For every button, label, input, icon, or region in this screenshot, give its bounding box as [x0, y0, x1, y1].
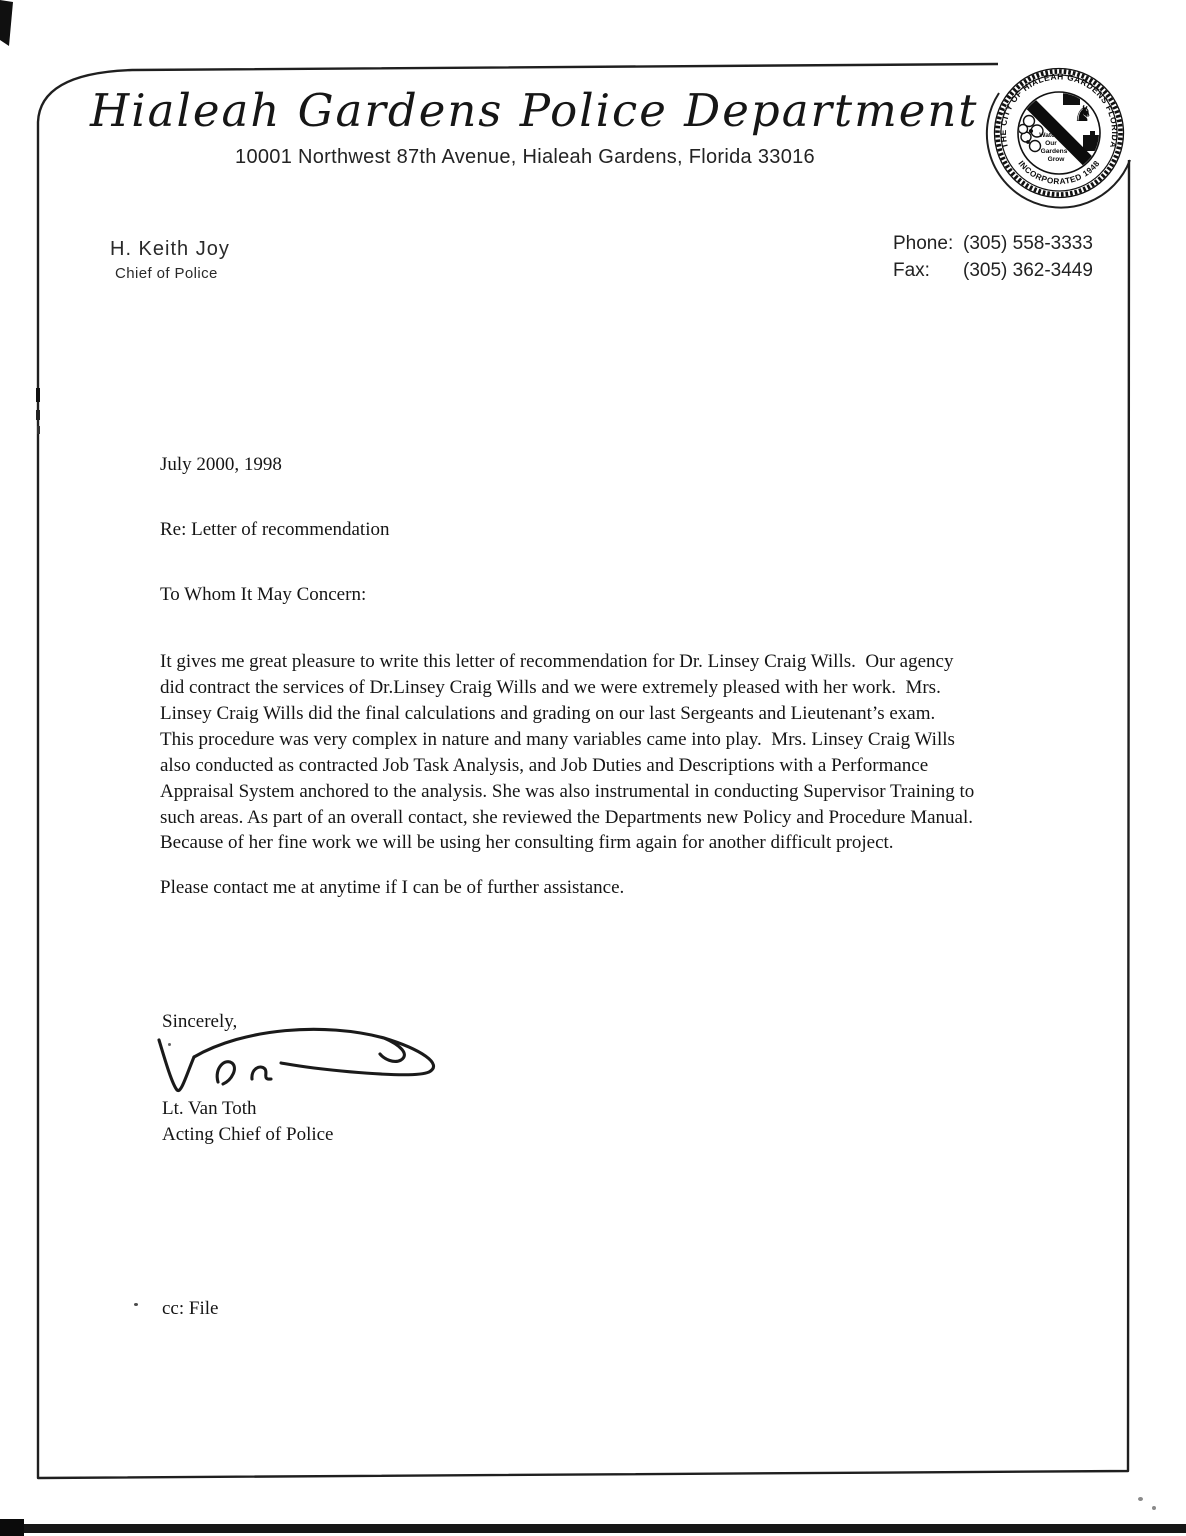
official-title: Chief of Police	[115, 265, 218, 282]
scan-speck-artifact	[1138, 1497, 1143, 1501]
cc-line: cc: File	[162, 1296, 218, 1322]
seal-motto-line: Our	[1045, 140, 1057, 147]
scanned-letter-page: Hialeah Gardens Police Department 10001 …	[0, 0, 1186, 1536]
scan-bottom-square-artifact	[0, 1519, 24, 1536]
department-name: Hialeah Gardens Police Department	[90, 84, 970, 137]
signer-name: Lt. Van Toth	[162, 1096, 257, 1122]
seal-motto-line: Grow	[1048, 156, 1066, 163]
letter-date: July 2000, 1998	[160, 452, 282, 478]
contact-block: Phone:(305) 558-3333 Fax:(305) 362-3449	[893, 230, 1093, 284]
signature-image	[148, 1026, 448, 1106]
phone-label: Phone:	[893, 230, 963, 257]
scan-speck-artifact	[1152, 1506, 1156, 1510]
signer-title: Acting Chief of Police	[162, 1122, 334, 1148]
phone-row: Phone:(305) 558-3333	[893, 230, 1093, 257]
letter-salutation: To Whom It May Concern:	[160, 582, 366, 608]
scan-corner-artifact	[0, 0, 13, 46]
scan-dot-artifact	[168, 1043, 171, 1046]
fax-row: Fax:(305) 362-3449	[893, 257, 1093, 284]
letter-paragraph: Please contact me at anytime if I can be…	[160, 875, 1060, 901]
letter-subject: Re: Letter of recommendation	[160, 517, 390, 543]
seal-motto-line: Gardens	[1041, 148, 1068, 155]
phone-number: (305) 558-3333	[963, 233, 1093, 254]
city-seal: THE CITY OF HIALEAH GARDENS FLORIDA INCO…	[984, 58, 1134, 208]
fax-label: Fax:	[893, 257, 963, 284]
official-name: H. Keith Joy	[110, 238, 230, 261]
letter-paragraph: Because of her fine work we will be usin…	[160, 830, 1060, 856]
seal-motto-line: Watch	[1039, 132, 1059, 139]
scan-dot-artifact	[134, 1303, 138, 1306]
letter-paragraph: It gives me great pleasure to write this…	[160, 649, 1060, 831]
department-address: 10001 Northwest 87th Avenue, Hialeah Gar…	[85, 146, 965, 169]
scan-bottom-bar-artifact	[0, 1524, 1186, 1533]
fax-number: (305) 362-3449	[963, 260, 1093, 281]
